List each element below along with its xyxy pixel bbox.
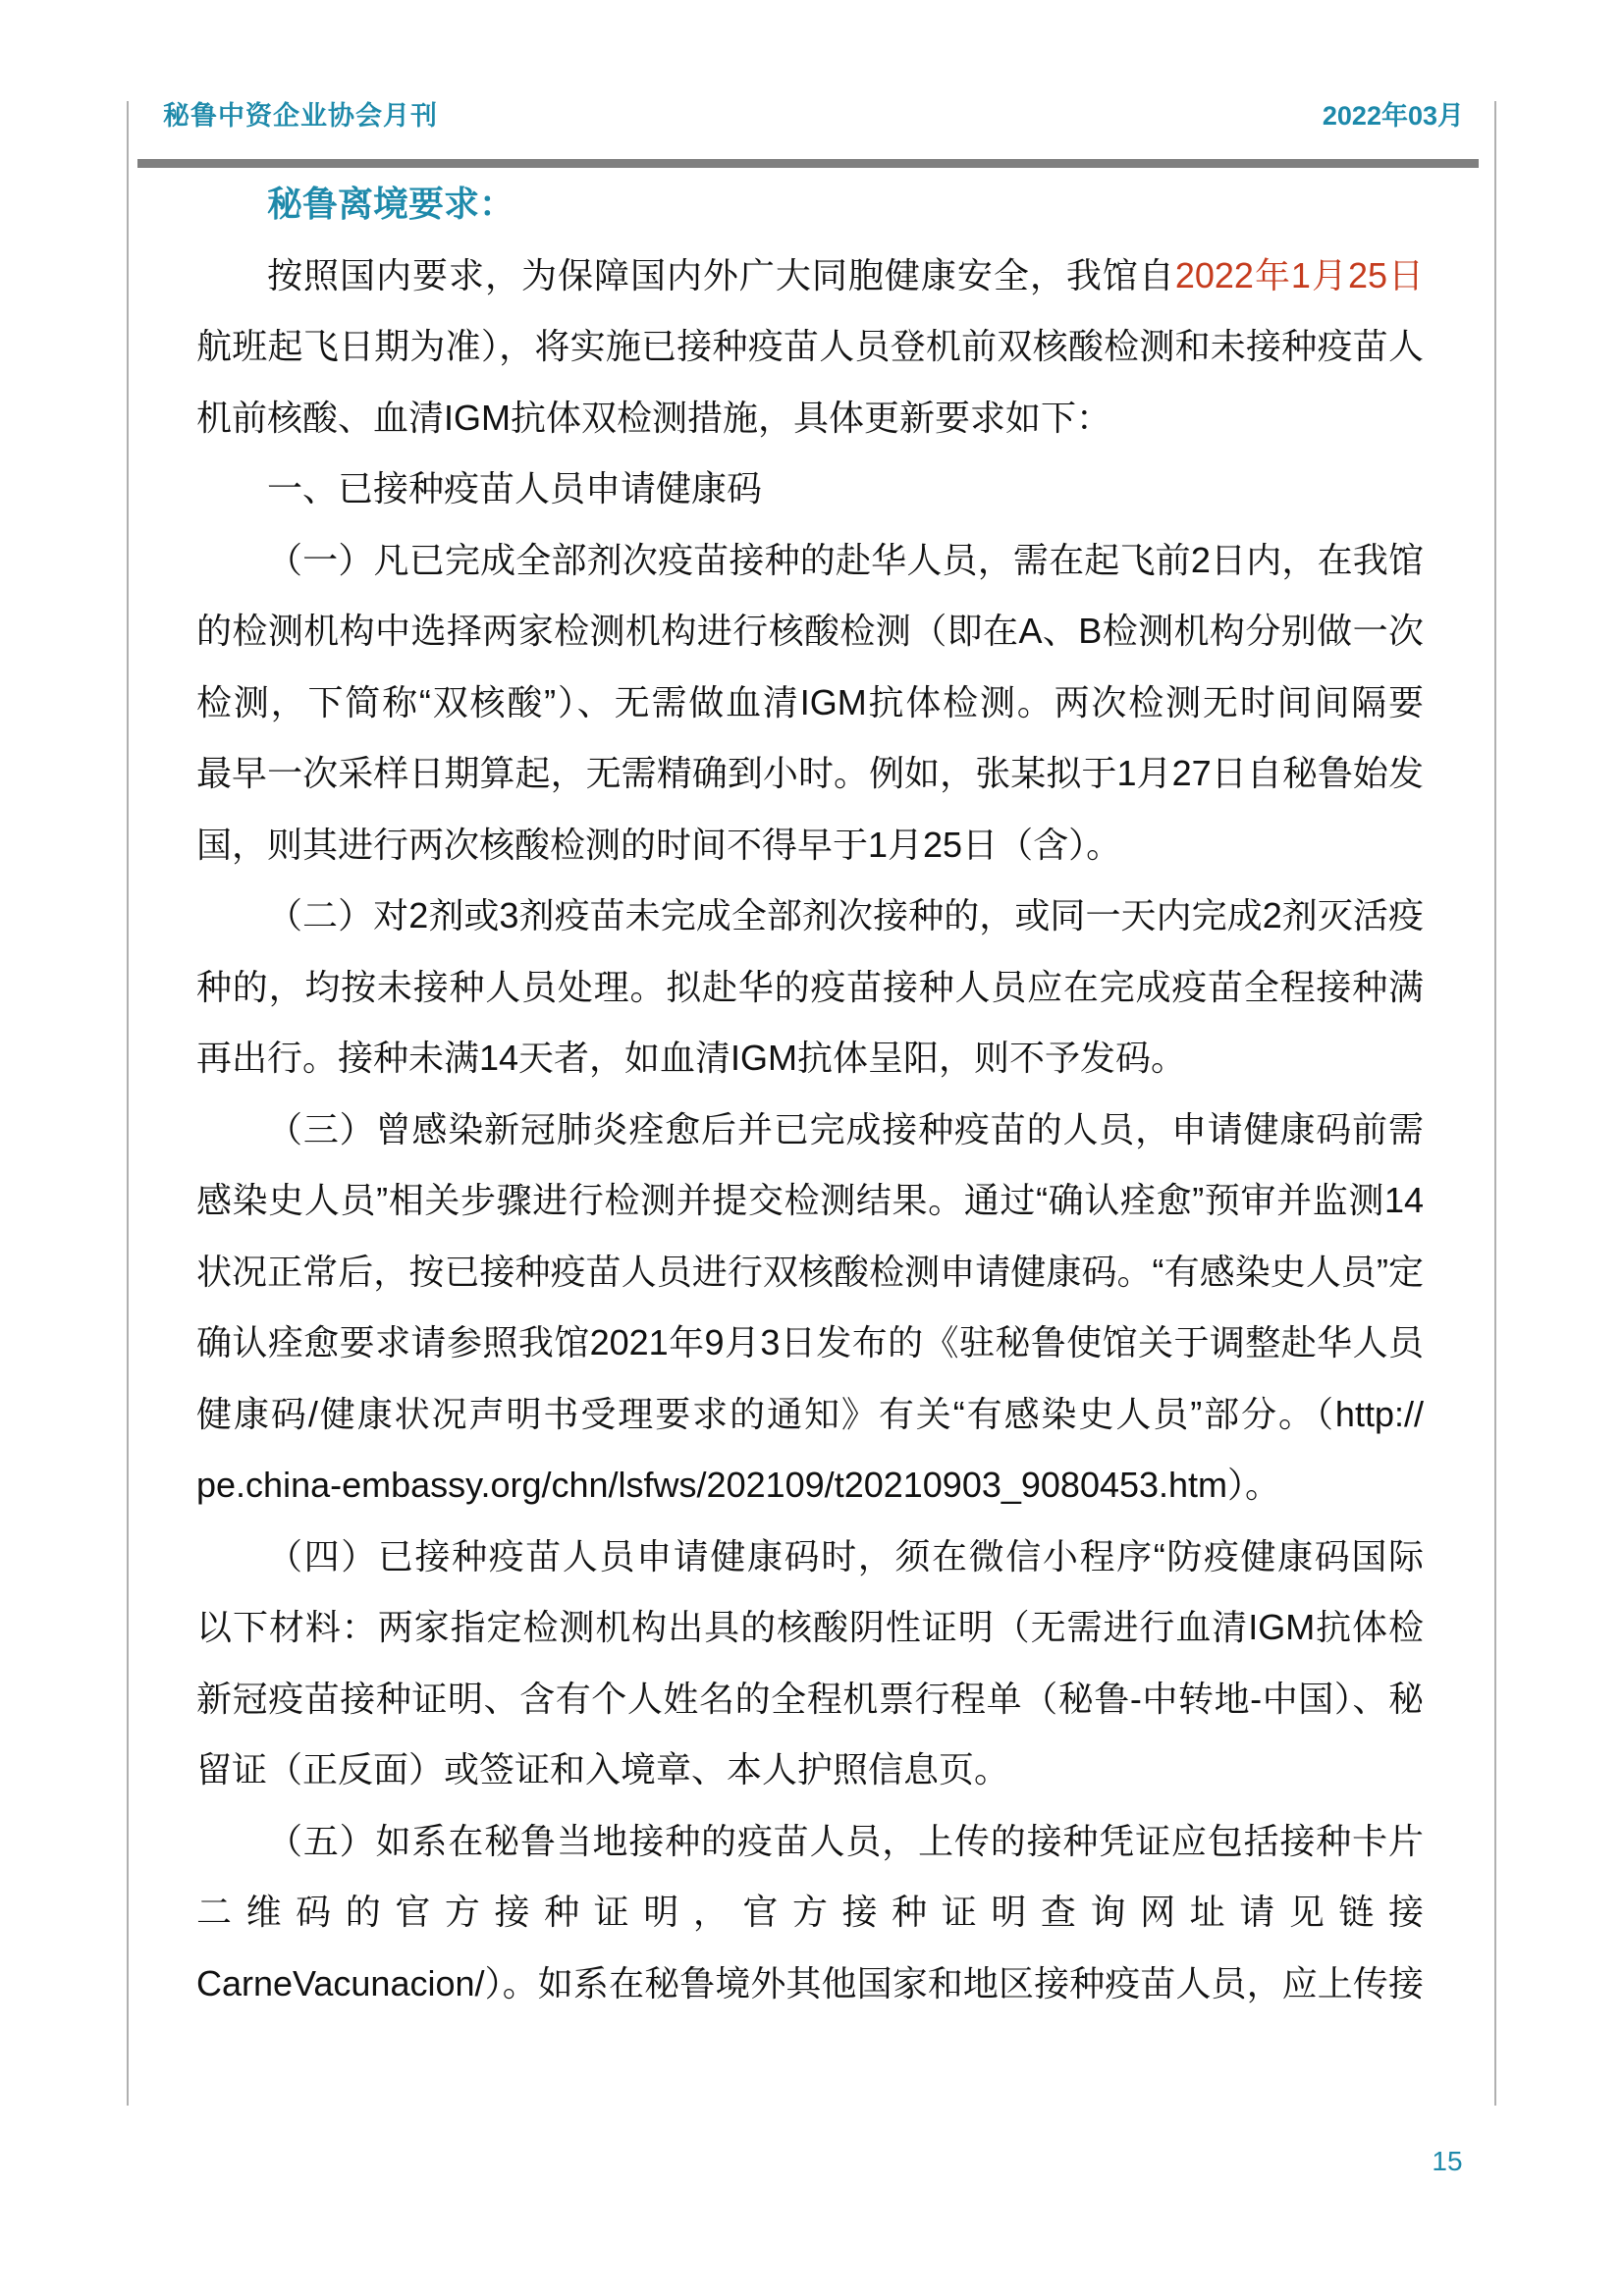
body-line: （五）如系在秘鲁当地接种的疫苗人员，上传的接种凭证应包括接种卡片和带有 <box>196 1806 1424 1878</box>
text-run: 再出行。接种未满14天者，如血清IGM抗体呈阳，则不予发码。 <box>196 1038 1186 1078</box>
text-run: 新冠疫苗接种证明、含有个人姓名的全程机票行程单（秘鲁-中转地-中国）、秘鲁居 <box>196 1679 1424 1735</box>
body-line: （二）对2剂或3剂疫苗未完成全部剂次接种的，或同一天内完成2剂灭活疫苗接 <box>196 881 1424 952</box>
body-line: 机前核酸、血清IGM抗体双检测措施，具体更新要求如下： <box>196 383 1424 454</box>
text-run: （二）对2剂或3剂疫苗未完成全部剂次接种的，或同一天内完成2剂灭活疫苗接 <box>267 895 1424 952</box>
text-run: pe.china-embassy.org/chn/lsfws/202109/t2… <box>196 1465 1280 1505</box>
text-run: 秘鲁离境要求： <box>267 184 514 224</box>
body-line: 航班起飞日期为准），将实施已接种疫苗人员登机前双核酸检测和未接种疫苗人员登 <box>196 311 1424 383</box>
body-line: 一、已接种疫苗人员申请健康码 <box>196 454 1424 525</box>
body-line: pe.china-embassy.org/chn/lsfws/202109/t2… <box>196 1450 1424 1522</box>
body-line: 新冠疫苗接种证明、含有个人姓名的全程机票行程单（秘鲁-中转地-中国）、秘鲁居 <box>196 1664 1424 1735</box>
issue-date: 2022年03月 <box>1323 94 1464 133</box>
body-line: CarneVacunacion/）。如系在秘鲁境外其他国家和地区接种疫苗人员，应… <box>196 1949 1424 2020</box>
left-page-rule <box>127 101 129 2106</box>
body-line: （一）凡已完成全部剂次疫苗接种的赴华人员，需在起飞前2日内，在我馆指定 <box>196 525 1424 597</box>
text-run: 种的，均按未接种人员处理。拟赴华的疫苗接种人员应在完成疫苗全程接种满14天后 <box>196 967 1424 1024</box>
body-line: 最早一次采样日期算起，无需精确到小时。例如，张某拟于1月27日自秘鲁始发回 <box>196 738 1424 810</box>
text-run: 按照国内要求，为保障国内外广大同胞健康安全，我馆自 <box>267 255 1175 295</box>
text-run: 感染史人员”相关步骤进行检测并提交检测结果。通过“确认痊愈”预审并监测14天健康 <box>196 1180 1424 1237</box>
body-line: 留证（正反面）或签证和入境章、本人护照信息页。 <box>196 1735 1424 1806</box>
text-run: 二维码的官方接种证明，官方接种证明查询网址请见链接（https://gis.mi… <box>196 1892 1424 1949</box>
text-run: 机前核酸、血清IGM抗体双检测措施，具体更新要求如下： <box>196 398 1111 438</box>
document-page: { "colors": { "accent_teal": "#1d89aa", … <box>0 0 1623 2296</box>
body-line: 确认痊愈要求请参照我馆2021年9月3日发布的《驻秘鲁使馆关于调整赴华人员申请 <box>196 1308 1424 1379</box>
section-heading: 秘鲁离境要求： <box>196 169 1424 240</box>
text-run: 状况正常后，按已接种疫苗人员进行双核酸检测申请健康码。“有感染史人员”定义及 <box>196 1252 1424 1308</box>
header-divider <box>137 159 1479 168</box>
text-run: （一）凡已完成全部剂次疫苗接种的赴华人员，需在起飞前2日内，在我馆指定 <box>267 540 1424 597</box>
text-run: 确认痊愈要求请参照我馆2021年9月3日发布的《驻秘鲁使馆关于调整赴华人员申请 <box>196 1322 1424 1379</box>
text-run: 健康码/健康状况声明书受理要求的通知》有关“有感染史人员”部分。（http:// <box>196 1394 1424 1434</box>
text-run: （三）曾感染新冠肺炎痊愈后并已完成接种疫苗的人员，申请健康码前需按“有 <box>267 1109 1424 1166</box>
text-run: 一、已接种疫苗人员申请健康码 <box>267 468 762 508</box>
journal-title: 秘鲁中资企业协会月刊 <box>163 94 438 133</box>
text-run: （四）已接种疫苗人员申请健康码时，须在微信小程序“防疫健康码国际版”上传 <box>267 1536 1424 1593</box>
body-line: 状况正常后，按已接种疫苗人员进行双核酸检测申请健康码。“有感染史人员”定义及 <box>196 1237 1424 1308</box>
text-run: 以下材料：两家指定检测机构出具的核酸阴性证明（无需进行血清IGM抗体检测）、 <box>196 1607 1424 1664</box>
text-run: 的检测机构中选择两家检测机构进行核酸检测（即在A、B检测机构分别做一次核酸 <box>196 611 1424 667</box>
body-line: （三）曾感染新冠肺炎痊愈后并已完成接种疫苗的人员，申请健康码前需按“有 <box>196 1095 1424 1166</box>
body-line: 健康码/健康状况声明书受理要求的通知》有关“有感染史人员”部分。（http:// <box>196 1379 1424 1451</box>
text-run: 航班起飞日期为准），将实施已接种疫苗人员登机前双核酸检测和未接种疫苗人员登 <box>196 326 1424 383</box>
text-run: 国，则其进行两次核酸检测的时间不得早于1月25日（含）。 <box>196 825 1121 865</box>
text-run: 检测，下简称“双核酸”）、无需做血清IGM抗体检测。两次检测无时间间隔要求，以 <box>196 682 1424 739</box>
right-page-rule <box>1494 101 1496 2106</box>
text-run: CarneVacunacion/）。如系在秘鲁境外其他国家和地区接种疫苗人员，应… <box>196 1963 1424 2020</box>
body-line: 以下材料：两家指定检测机构出具的核酸阴性证明（无需进行血清IGM抗体检测）、 <box>196 1592 1424 1664</box>
article-body: 秘鲁离境要求：按照国内要求，为保障国内外广大同胞健康安全，我馆自2022年1月2… <box>196 169 1424 2019</box>
body-line: 二维码的官方接种证明，官方接种证明查询网址请见链接（https://gis.mi… <box>196 1877 1424 1949</box>
body-line: 再出行。接种未满14天者，如血清IGM抗体呈阳，则不予发码。 <box>196 1023 1424 1095</box>
body-line: 的检测机构中选择两家检测机构进行核酸检测（即在A、B检测机构分别做一次核酸 <box>196 596 1424 667</box>
text-run: 最早一次采样日期算起，无需精确到小时。例如，张某拟于1月27日自秘鲁始发回 <box>196 753 1424 810</box>
body-line: （四）已接种疫苗人员申请健康码时，须在微信小程序“防疫健康码国际版”上传 <box>196 1522 1424 1593</box>
body-line: 国，则其进行两次核酸检测的时间不得早于1月25日（含）。 <box>196 810 1424 881</box>
body-line: 按照国内要求，为保障国内外广大同胞健康安全，我馆自2022年1月25日起（以 <box>196 240 1424 312</box>
body-line: 感染史人员”相关步骤进行检测并提交检测结果。通过“确认痊愈”预审并监测14天健康 <box>196 1165 1424 1237</box>
body-line: 种的，均按未接种人员处理。拟赴华的疫苗接种人员应在完成疫苗全程接种满14天后 <box>196 952 1424 1024</box>
text-run: 留证（正反面）或签证和入境章、本人护照信息页。 <box>196 1749 1009 1789</box>
body-line: 检测，下简称“双核酸”）、无需做血清IGM抗体检测。两次检测无时间间隔要求，以 <box>196 667 1424 739</box>
text-run: （五）如系在秘鲁当地接种的疫苗人员，上传的接种凭证应包括接种卡片和带有 <box>267 1821 1424 1878</box>
highlight-date: 2022年1月25日 <box>1175 255 1424 295</box>
page-number: 15 <box>1426 2146 1469 2177</box>
